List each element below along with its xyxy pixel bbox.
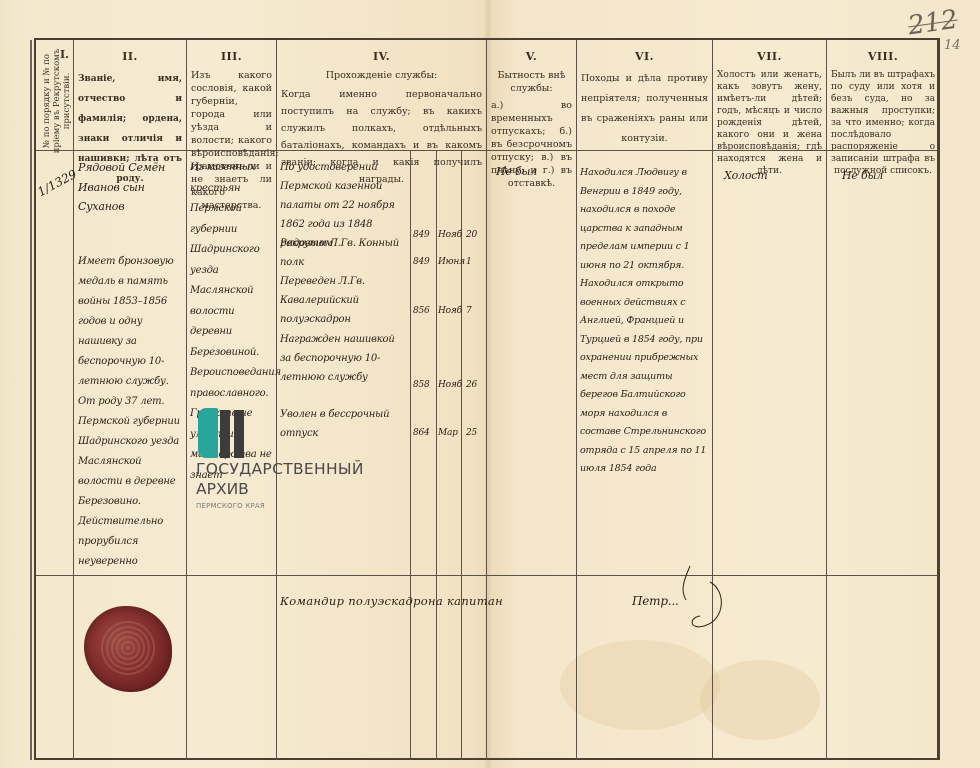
col-divider — [436, 150, 437, 760]
header-col-4-subtitle: Прохожденiе службы: — [281, 69, 482, 82]
header-col-6: VI. Походы и дѣла противу непрiятеля; по… — [577, 40, 712, 150]
service-entry-day: 1 — [466, 253, 472, 273]
header-col-4-num: IV. — [281, 50, 482, 63]
service-entry-year: 856 — [413, 302, 430, 322]
service-entry-text: Награжден нашивкой за беспорочную 10-лет… — [280, 330, 408, 387]
frame-double-line — [30, 40, 32, 760]
header-col-5-num: V. — [491, 50, 572, 63]
header-col-3: III. Изъ какого сословiя, какой губернiи… — [187, 40, 276, 150]
service-entry-day: 26 — [466, 376, 477, 396]
header-col-3-num: III. — [191, 50, 272, 63]
entry-leave: Не был — [496, 162, 537, 182]
entry-campaigns: Находился Людвигу в Венгрии в 1849 году,… — [580, 164, 710, 479]
header-col-5: V. Бытность внѣ службы: а.) во временных… — [487, 40, 576, 150]
service-entry-month: Нояб — [438, 376, 462, 396]
archive-watermark: ГОСУДАРСТВЕННЫЙ АРХИВ ПЕРМСКОГО КРАЯ — [196, 408, 396, 518]
service-entry-month: Июня — [438, 253, 465, 273]
header-col-1: I. № по порядку и № по прiему въ Рекрутс… — [36, 42, 72, 148]
wax-seal — [84, 606, 172, 692]
header-col-4: IV. Прохожденiе службы: Когда именно пер… — [277, 40, 486, 150]
header-col-8-num: VIII. — [831, 50, 935, 63]
signature-flourish-icon — [660, 560, 740, 640]
header-col-2-num: II. — [78, 50, 182, 63]
service-entry-year: 864 — [413, 424, 430, 444]
header-col-2: II. Званiе, имя, отчество и фамилiя; орд… — [74, 40, 186, 150]
header-col-7-num: VII. — [717, 50, 822, 63]
service-entry-year: 849 — [413, 226, 430, 246]
sheet-page-number: 14 — [944, 38, 961, 53]
service-entry-text: Рядовым Л.Гв. Конный полк — [280, 234, 408, 272]
paper-edge — [0, 0, 30, 768]
header-col-6-text: Походы и дѣла противу непрiятеля; получе… — [581, 69, 708, 149]
col-divider — [410, 150, 411, 760]
service-entry-month: Мар — [438, 424, 458, 444]
archive-logo-icon — [196, 408, 246, 458]
header-col-7-text: Холостъ или женатъ, какъ зовутъ жену, им… — [717, 69, 822, 177]
entry-penalties: Не был — [842, 166, 883, 186]
archive-page-number: 212 — [906, 5, 959, 42]
service-entry-text: Переведен Л.Гв. Кавалерийский полуэскадр… — [280, 272, 408, 329]
service-entry-day: 25 — [466, 424, 477, 444]
service-entry-year: 849 — [413, 253, 430, 273]
watermark-line-2: АРХИВ — [196, 480, 249, 498]
service-entry-month: Нояб — [438, 302, 462, 322]
header-col-8: VIII. Былъ ли въ штрафахъ по суду или хо… — [827, 40, 939, 150]
header-col-1-text: № по порядку и № по прiему въ Рекрутском… — [42, 48, 72, 154]
service-entry-year: 858 — [413, 376, 430, 396]
signature-line: Командир полуэскадрона капитан — [280, 592, 503, 612]
watermark-line-3: ПЕРМСКОГО КРАЯ — [196, 502, 265, 510]
footer-top-rule — [36, 575, 938, 576]
entry-marital-status: Холост — [724, 166, 767, 186]
service-entry-day: 20 — [466, 226, 477, 246]
header-col-7: VII. Холостъ или женатъ, какъ зовутъ жен… — [713, 40, 826, 150]
service-entry-day: 7 — [466, 302, 472, 322]
entry-awards-age: Имеет бронзовую медаль в память войны 18… — [78, 252, 184, 572]
header-col-6-num: VI. — [581, 50, 708, 63]
watermark-line-1: ГОСУДАРСТВЕННЫЙ — [196, 460, 364, 478]
header-col-5-subtitle: Бытность внѣ службы: — [491, 69, 572, 95]
service-entry-month: Нояб — [438, 226, 462, 246]
header-col-8-text: Былъ ли въ штрафахъ по суду или хотя и б… — [831, 69, 935, 177]
entry-rank-name: Рядовой Семён Иванов сын Суханов — [78, 158, 184, 217]
